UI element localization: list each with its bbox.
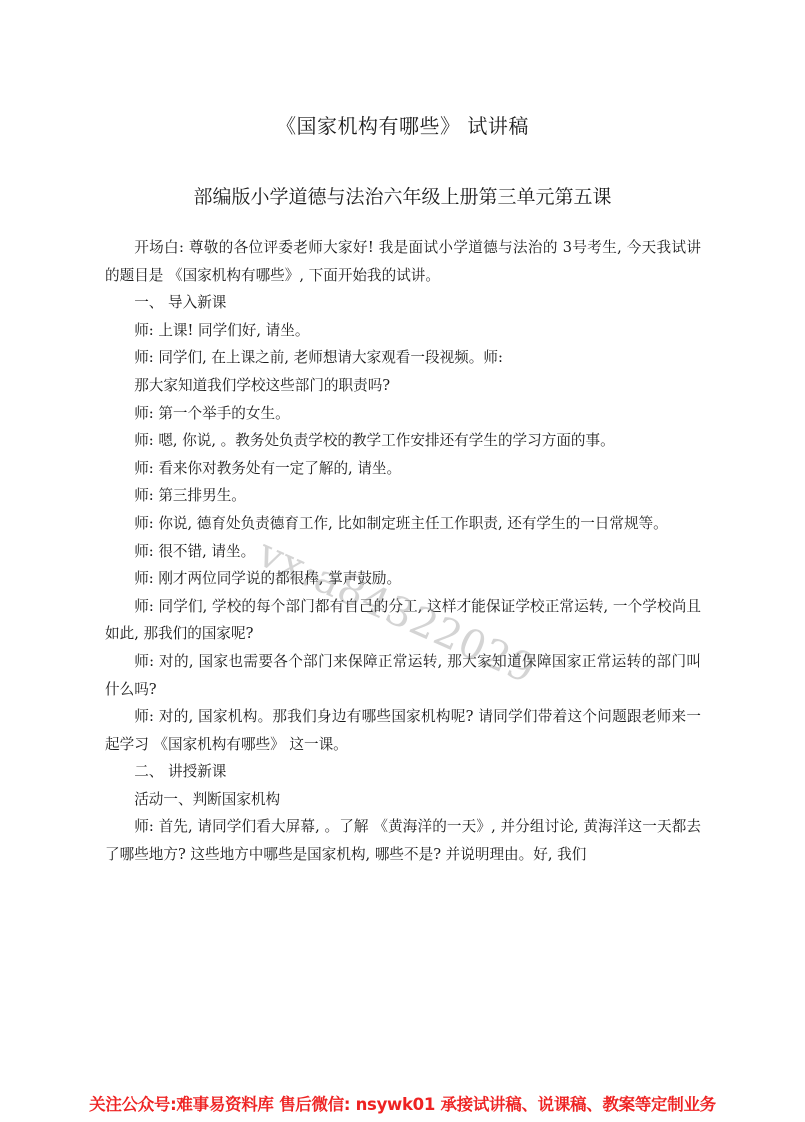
document-body: 开场白: 尊敬的各位评委老师大家好! 我是面试小学道德与法治的 3号考生, 今天… — [105, 234, 701, 869]
paragraph: 师: 同学们, 在上课之前, 老师想请大家观看一段视频。师: — [105, 344, 701, 372]
section-heading-intro: 一、 导入新课 — [105, 289, 701, 317]
paragraph: 师: 嗯, 你说, 。教务处负责学校的教学工作安排还有学生的学习方面的事。 — [105, 427, 701, 455]
paragraph: 师: 同学们, 学校的每个部门都有自己的分工, 这样才能保证学校正常运转, 一个… — [105, 593, 701, 648]
paragraph: 师: 对的, 国家也需要各个部门来保障正常运转, 那大家知道保障国家正常运转的部… — [105, 648, 701, 703]
paragraph: 师: 你说, 德育处负责德育工作, 比如制定班主任工作职责, 还有学生的一日常规… — [105, 510, 701, 538]
document-title: 《国家机构有哪些》 试讲稿 — [0, 112, 805, 140]
document-subtitle: 部编版小学道德与法治六年级上册第三单元第五课 — [0, 183, 805, 211]
document-page: 《国家机构有哪些》 试讲稿 部编版小学道德与法治六年级上册第三单元第五课 开场白… — [0, 0, 805, 1122]
paragraph: 师: 上课! 同学们好, 请坐。 — [105, 317, 701, 345]
section-heading-new-lesson: 二、 讲授新课 — [105, 758, 701, 786]
paragraph: 师: 第三排男生。 — [105, 482, 701, 510]
paragraph: 师: 看来你对教务处有一定了解的, 请坐。 — [105, 455, 701, 483]
activity-heading: 活动一、判断国家机构 — [105, 786, 701, 814]
paragraph: 师: 第一个举手的女生。 — [105, 400, 701, 428]
paragraph: 师: 很不错, 请坐。 — [105, 538, 701, 566]
footer-banner: 关注公众号:难事易资料库 售后微信: nsywk01 承接试讲稿、说课稿、教案等… — [0, 1094, 805, 1116]
paragraph: 那大家知道我们学校这些部门的职责吗? — [105, 372, 701, 400]
paragraph: 师: 首先, 请同学们看大屏幕, 。了解 《黄海洋的一天》, 并分组讨论, 黄海… — [105, 813, 701, 868]
paragraph: 师: 刚才两位同学说的都很棒, 掌声鼓励。 — [105, 565, 701, 593]
paragraph: 师: 对的, 国家机构。那我们身边有哪些国家机构呢? 请同学们带着这个问题跟老师… — [105, 703, 701, 758]
paragraph-opening: 开场白: 尊敬的各位评委老师大家好! 我是面试小学道德与法治的 3号考生, 今天… — [105, 234, 701, 289]
